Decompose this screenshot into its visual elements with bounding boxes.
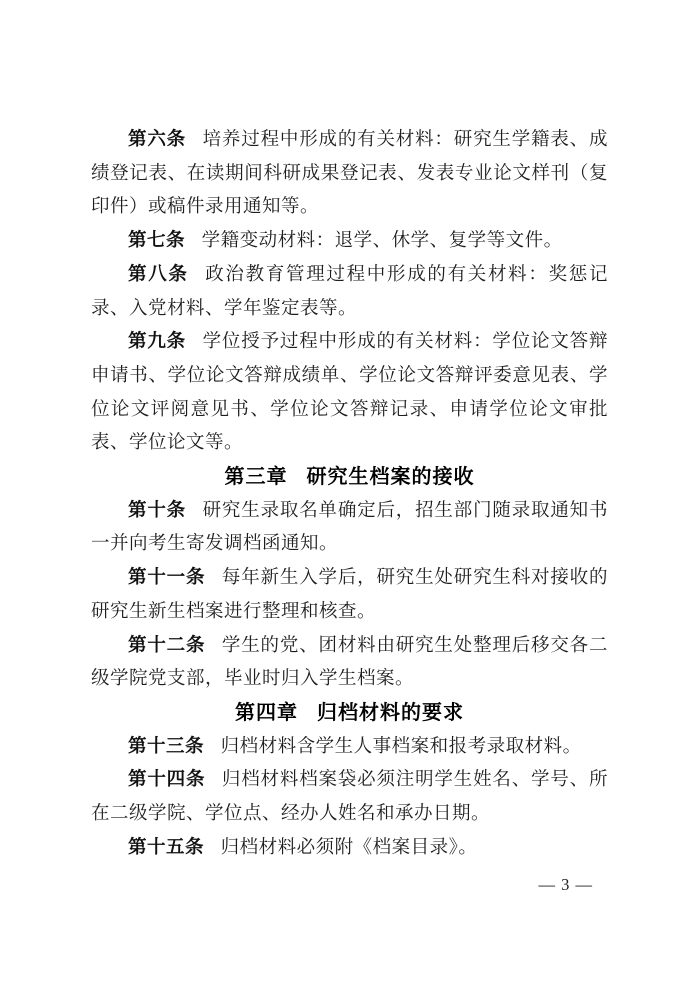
- article-paragraph: 第十条研究生录取名单确定后，招生部门随录取通知书一并向考生寄发调档函通知。: [91, 495, 608, 562]
- article-number: 第十一条: [128, 568, 205, 588]
- chapter-title: 归档材料的要求: [317, 702, 464, 724]
- article-paragraph: 第十五条归档材料必须附《档案目录》。: [91, 832, 608, 866]
- article-number: 第七条: [128, 231, 185, 251]
- chapter-title: 研究生档案的接收: [307, 466, 475, 488]
- article-text: 归档材料含学生人事档案和报考录取材料。: [221, 737, 582, 757]
- chapter-number: 第四章: [235, 702, 298, 724]
- article-number: 第十五条: [128, 838, 204, 858]
- article-paragraph: 第九条学位授予过程中形成的有关材料：学位论文答辩申请书、学位论文答辩成绩单、学位…: [91, 326, 608, 461]
- article-text: 学籍变动材料：退学、休学、复学等文件。: [202, 231, 563, 251]
- article-number: 第十四条: [128, 770, 205, 790]
- article-paragraph: 第十二条学生的党、团材料由研究生处整理后移交各二级学院党支部，毕业时归入学生档案…: [91, 630, 608, 697]
- chapter-heading: 第三章研究生档案的接收: [91, 461, 608, 495]
- article-number: 第十三条: [128, 737, 204, 757]
- chapter-number: 第三章: [225, 466, 288, 488]
- article-text: 归档材料必须附《档案目录》。: [221, 838, 478, 858]
- article-paragraph: 第十四条归档材料档案袋必须注明学生姓名、学号、所在二级学院、学位点、经办人姓名和…: [91, 764, 608, 831]
- article-paragraph: 第七条学籍变动材料：退学、休学、复学等文件。: [91, 225, 608, 259]
- document-page: 第六条培养过程中形成的有关材料：研究生学籍表、成绩登记表、在读期间科研成果登记表…: [0, 0, 700, 989]
- document-content: 第六条培养过程中形成的有关材料：研究生学籍表、成绩登记表、在读期间科研成果登记表…: [0, 0, 700, 865]
- article-number: 第十条: [128, 501, 186, 521]
- chapter-heading: 第四章归档材料的要求: [91, 697, 608, 731]
- article-number: 第六条: [128, 130, 186, 150]
- article-number: 第九条: [128, 332, 186, 352]
- article-paragraph: 第六条培养过程中形成的有关材料：研究生学籍表、成绩登记表、在读期间科研成果登记表…: [91, 124, 608, 225]
- article-paragraph: 第八条政治教育管理过程中形成的有关材料：奖惩记录、入党材料、学年鉴定表等。: [91, 259, 608, 326]
- article-paragraph: 第十一条每年新生入学后，研究生处研究生科对接收的研究生新生档案进行整理和核查。: [91, 562, 608, 629]
- article-number: 第八条: [128, 265, 189, 285]
- page-number: — 3 —: [0, 875, 700, 895]
- article-paragraph: 第十三条归档材料含学生人事档案和报考录取材料。: [91, 731, 608, 765]
- article-number: 第十二条: [128, 636, 205, 656]
